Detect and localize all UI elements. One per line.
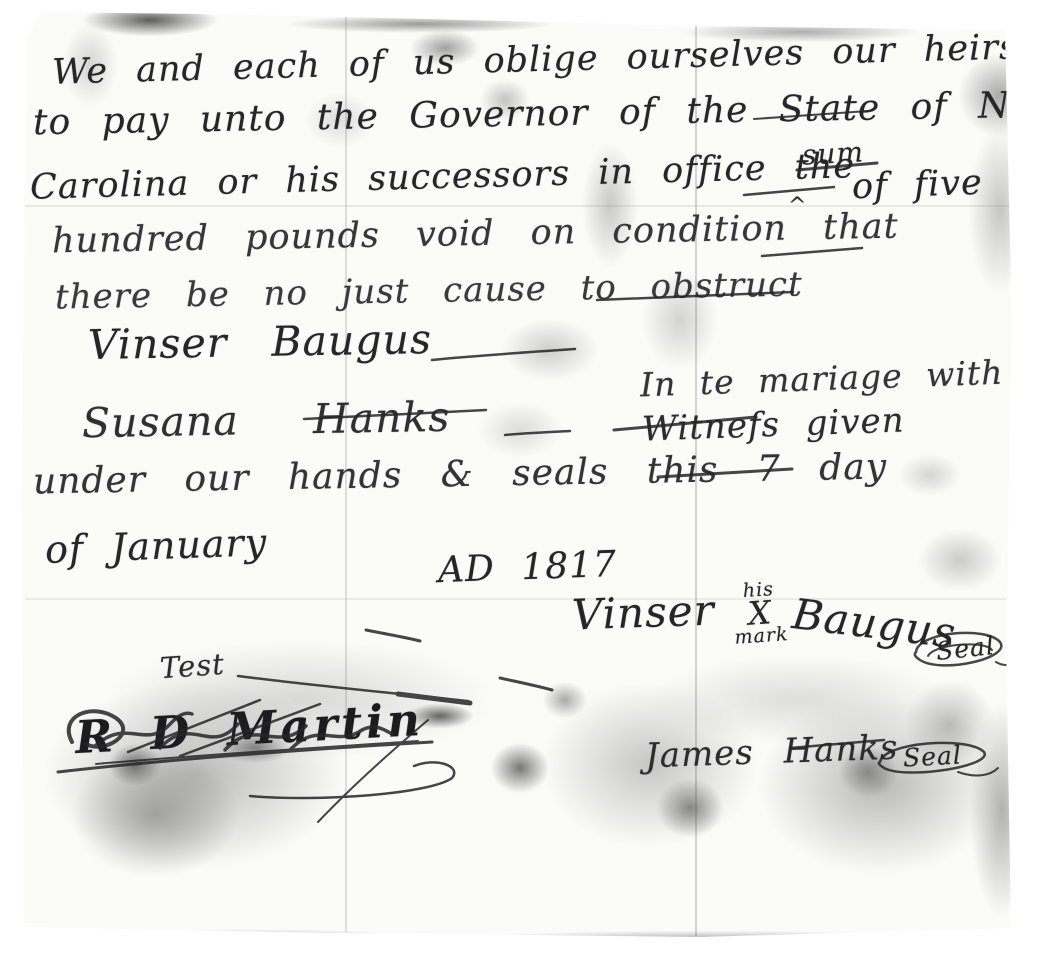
- bond-line-9-year: AD 1817: [437, 547, 617, 589]
- bond-line-3-end: of five: [851, 166, 983, 206]
- his-mark-x: his X mark: [731, 580, 789, 647]
- groom-seal-text: Seal: [935, 633, 996, 664]
- scanned-document: We and each of us oblige ourselves our h…: [0, 0, 1050, 965]
- inserted-word-sum: sum: [801, 138, 864, 169]
- bondsman-signature: James Hanks: [644, 731, 898, 774]
- groom-name-text: Vinser Baugus: [88, 319, 433, 366]
- mark-word-label: mark: [734, 626, 789, 647]
- attest-label: Test: [159, 650, 226, 683]
- bondsman-seal-text: Seal: [902, 742, 962, 770]
- groom-signature-first: Vinser: [571, 590, 715, 637]
- witness-given-text: Witnefs given: [641, 403, 905, 446]
- paper-sheet: We and each of us oblige ourselves our h…: [0, 0, 1050, 965]
- bride-name-text: Susana Hanks: [82, 397, 451, 444]
- bond-line-9-month: of January: [44, 523, 267, 569]
